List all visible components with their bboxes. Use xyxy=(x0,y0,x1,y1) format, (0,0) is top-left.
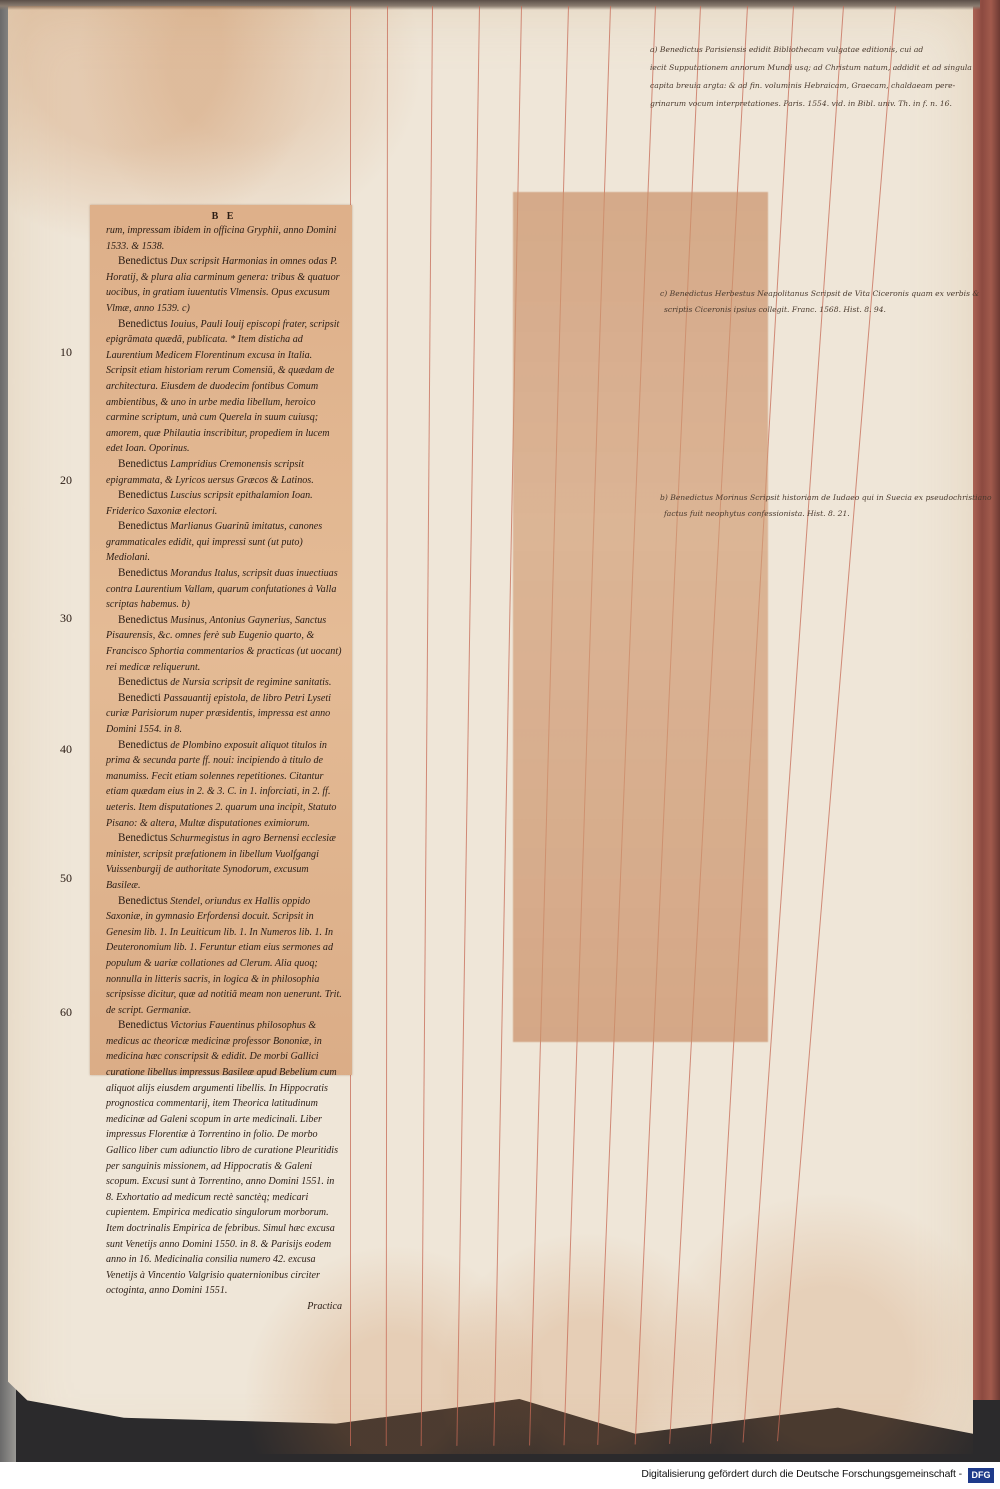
entry-name: Benedictus xyxy=(118,832,168,844)
entry: Benedictus Luscius scripsit epithalamion… xyxy=(106,488,342,519)
entry-name: Benedictus xyxy=(118,520,168,532)
book-cover-edge xyxy=(970,0,1000,1400)
entry-name: Benedictus xyxy=(118,739,168,751)
entry-name: Benedictus xyxy=(118,489,168,501)
entry-name: Benedictus xyxy=(118,567,168,579)
entry: Benedictus Lampridius Cremonensis scrips… xyxy=(106,457,342,488)
note-line: grinarum vocum interpretationes. Paris. … xyxy=(650,96,952,112)
entry: Benedictus Morandus Italus, scripsit dua… xyxy=(106,566,342,613)
note-line: b) Benedictus Morinus Scripsit historiam… xyxy=(660,490,992,506)
entry: Benedictus Iouius, Pauli Iouij episcopi … xyxy=(106,317,342,457)
entry-name: Benedictus xyxy=(118,255,168,267)
note-line: c) Benedictus Herbestus Neapolitanus Scr… xyxy=(660,286,979,302)
entry: Benedictus Schurmegistus in agro Bernens… xyxy=(106,831,342,893)
dfg-logo-icon: DFG xyxy=(968,1468,994,1483)
note-line: iecit Supputationem annorum Mundi usq; a… xyxy=(650,60,972,76)
printed-slip: 10 20 30 40 50 60 B E rum, impressam ibi… xyxy=(90,205,352,1075)
removed-slip-stain xyxy=(513,192,768,1042)
entry: Benedictus Victorius Fauentinus philosop… xyxy=(106,1018,342,1299)
entry: Benedictus Stendel, oriundus ex Hallis o… xyxy=(106,894,342,1019)
funding-credit: Digitalisierung gefördert durch die Deut… xyxy=(641,1469,962,1480)
entry-name: Benedicti xyxy=(118,692,161,704)
entry: Benedictus de Plombino exposuit aliquot … xyxy=(106,738,342,832)
slip-header: B E xyxy=(106,211,342,223)
line-number: 40 xyxy=(60,742,72,758)
entry-text: Iouius, Pauli Iouij episcopi frater, scr… xyxy=(106,319,339,455)
entry-name: Benedictus xyxy=(118,1019,168,1031)
line-number: 10 xyxy=(60,345,72,361)
entry-name: Benedictus xyxy=(118,458,168,470)
line-number: 30 xyxy=(60,611,72,627)
entry-mark: c) xyxy=(182,303,190,314)
line-number: 60 xyxy=(60,1005,72,1021)
catchword: Practica xyxy=(106,1299,342,1315)
entry-name: Benedictus xyxy=(118,614,168,626)
note-line: factus fuit neophytus confessionista. Hi… xyxy=(664,506,850,522)
entry-mark: b) xyxy=(181,599,189,610)
entry-name: Benedictus xyxy=(118,676,168,688)
line-number: 50 xyxy=(60,871,72,887)
entry: Benedictus Dux scripsit Harmonias in omn… xyxy=(106,254,342,316)
page-top-edge xyxy=(0,0,980,10)
entry-text: Victorius Fauentinus philosophus & medic… xyxy=(106,1020,338,1296)
footer: Digitalisierung gefördert durch die Deut… xyxy=(0,1462,1000,1489)
line-number: 20 xyxy=(60,473,72,489)
entry: Benedictus de Nursia scripsit de regimin… xyxy=(106,675,342,691)
entry-name: Benedictus xyxy=(118,895,168,907)
note-line: capita breuia argta: & ad fin. voluminis… xyxy=(650,78,955,94)
entry: Benedictus Marlianus Guarinũ imitatus, c… xyxy=(106,519,342,566)
note-line: a) Benedictus Parisiensis edidit Bibliot… xyxy=(650,42,923,58)
entry-text: de Nursia scripsit de regimine sanitatis… xyxy=(170,677,331,688)
entry-text: Stendel, oriundus ex Hallis oppido Saxon… xyxy=(106,896,342,1016)
entry-name: Benedictus xyxy=(118,318,168,330)
entry-continuation: rum, impressam ibidem in officina Gryphi… xyxy=(106,223,342,254)
note-line: scriptis Ciceronis ipsius collegit. Fran… xyxy=(664,302,886,318)
entry-text: de Plombino exposuit aliquot titulos in … xyxy=(106,740,336,829)
entry: Benedictus Musinus, Antonius Gaynerius, … xyxy=(106,613,342,675)
entry: Benedicti Passauantij epistola, de libro… xyxy=(106,691,342,738)
